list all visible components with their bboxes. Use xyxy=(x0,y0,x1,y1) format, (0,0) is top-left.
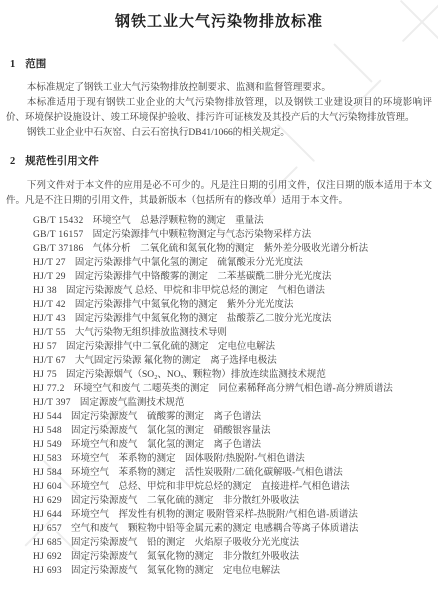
reference-code: HJ 693 xyxy=(33,564,62,578)
reference-code: HJ/T 397 xyxy=(33,396,71,410)
reference-title: 大气污染物无组织排放监测技术导则 xyxy=(75,328,227,338)
section-title: 规范性引用文件 xyxy=(25,156,99,167)
reference-item: HJ 657空气和废气 颗粒物中铅等金属元素的测定 电感耦合等离子体质谱法 xyxy=(33,522,432,536)
reference-code: HJ/T 55 xyxy=(33,326,66,340)
reference-item: HJ 548固定污染源废气 氯化氢的测定 硝酸银容量法 xyxy=(33,424,432,438)
reference-title: 环境空气 苯系物的测定 活性炭吸附/二硫化碳解吸-气相色谱法 xyxy=(71,468,343,478)
reference-code: HJ 544 xyxy=(33,410,62,424)
reference-code: HJ 644 xyxy=(33,508,62,522)
reference-item: HJ 544固定污染源废气 硫酸雾的测定 离子色谱法 xyxy=(33,410,432,424)
reference-item: HJ 549环境空气和废气 氯化氢的测定 离子色谱法 xyxy=(33,438,432,452)
reference-item: HJ 38固定污染源废气 总烃、甲烷和非甲烷总烃的测定 气相色谱法 xyxy=(33,284,432,298)
reference-code: HJ 657 xyxy=(33,522,62,536)
reference-code: HJ 583 xyxy=(33,452,62,466)
scope-paragraphs: 本标准规定了钢铁工业大气污染物排放控制要求、监测和监督管理要求。本标准适用于现有… xyxy=(6,81,432,141)
reference-item: HJ/T 397固定源废气监测技术规范 xyxy=(33,396,432,410)
reference-item: HJ 583环境空气 苯系物的测定 固体吸附/热脱附-气相色谱法 xyxy=(33,452,432,466)
reference-item: HJ 692固定污染源废气 氮氧化物的测定 非分散红外吸收法 xyxy=(33,550,432,564)
reference-item: HJ 685固定污染源废气 铅的测定 火焰原子吸收分光光度法 xyxy=(33,536,432,550)
paragraph: 本标准规定了钢铁工业大气污染物排放控制要求、监测和监督管理要求。 xyxy=(6,81,432,96)
document-content: 钢铁工业大气污染物排放标准 1范围 本标准规定了钢铁工业大气污染物排放控制要求、… xyxy=(6,12,432,578)
reference-item: HJ/T 42固定污染源排气中氮氧化物的测定 紫外分光光度法 xyxy=(33,298,432,312)
reference-title: 固定污染源废气 氯化氢的测定 硝酸银容量法 xyxy=(71,426,271,436)
reference-code: HJ/T 29 xyxy=(33,270,66,284)
reference-title: 固定污染源废气 二氧化硫的测定 非分散红外吸收法 xyxy=(71,496,299,506)
reference-title: 气体分析 二氧化硫和氮氧化物的测定 紫外差分吸收光谱分析法 xyxy=(93,244,369,254)
reference-code: HJ/T 67 xyxy=(33,354,66,368)
reference-title: 环境空气和废气 二噁英类的测定 同位素稀释高分辨气相色谱-高分辨质谱法 xyxy=(74,384,393,394)
reference-item: GB/T 16157固定污染源排气中颗粒物测定与气态污染物采样方法 xyxy=(33,228,432,242)
reference-item: HJ/T 43固定污染源排气中氮氧化物的测定 盐酸萘乙二胺分光光度法 xyxy=(33,312,432,326)
reference-code: HJ 584 xyxy=(33,466,62,480)
reference-code: HJ 692 xyxy=(33,550,62,564)
section-scope-heading: 1范围 xyxy=(10,58,432,72)
reference-list: GB/T 15432环境空气 总悬浮颗粒物的测定 重量法 GB/T 16157固… xyxy=(6,214,432,578)
reference-title: 环境空气 苯系物的测定 固体吸附/热脱附-气相色谱法 xyxy=(71,454,305,464)
reference-item: HJ 629固定污染源废气 二氧化硫的测定 非分散红外吸收法 xyxy=(33,494,432,508)
reference-title: 固定污染源废气 氮氧化物的测定 非分散红外吸收法 xyxy=(71,552,299,562)
reference-title: 固定污染源排气中颗粒物测定与气态污染物采样方法 xyxy=(93,230,312,240)
reference-code: GB/T 15432 xyxy=(33,214,84,228)
reference-code: GB/T 37186 xyxy=(33,242,84,256)
section-number: 1 xyxy=(10,58,15,72)
reference-item: GB/T 15432环境空气 总悬浮颗粒物的测定 重量法 xyxy=(33,214,432,228)
paragraph: 本标准适用于现有钢铁工业企业的大气污染物排放管理，以及钢铁工业建设项目的环境影响… xyxy=(6,96,432,126)
reference-item: GB/T 37186气体分析 二氧化硫和氮氧化物的测定 紫外差分吸收光谱分析法 xyxy=(33,242,432,256)
reference-code: HJ 629 xyxy=(33,494,62,508)
reference-code: HJ 548 xyxy=(33,424,62,438)
reference-code: HJ 38 xyxy=(33,284,57,298)
reference-title: 环境空气 总烃、甲烷和非甲烷总烃的测定 直接进样-气相色谱法 xyxy=(71,482,350,492)
reference-title: 固定污染源烟气（SO₂、NOₓ、颗粒物）排放连续监测技术规范 xyxy=(66,370,326,380)
reference-title: 固定污染源排气中二氧化硫的测定 定电位电解法 xyxy=(66,342,275,352)
reference-title: 固定污染源排气中铬酸雾的测定 二苯基碳酰二肼分光光度法 xyxy=(75,272,332,282)
reference-title: 环境空气和废气 氯化氢的测定 离子色谱法 xyxy=(71,440,261,450)
reference-code: HJ/T 42 xyxy=(33,298,66,312)
references-intro: 下列文件对于本文件的应用是必不可少的。凡是注日期的引用文件，仅注日期的版本适用于… xyxy=(6,179,432,209)
section-references: 2规范性引用文件 下列文件对于本文件的应用是必不可少的。凡是注日期的引用文件，仅… xyxy=(6,155,432,578)
reference-title: 固定污染源废气 铅的测定 火焰原子吸收分光光度法 xyxy=(71,538,299,548)
reference-code: GB/T 16157 xyxy=(33,228,84,242)
reference-title: 空气和废气 颗粒物中铅等金属元素的测定 电感耦合等离子体质谱法 xyxy=(71,524,358,534)
section-references-heading: 2规范性引用文件 xyxy=(10,155,432,169)
section-title: 范围 xyxy=(25,59,46,70)
section-number: 2 xyxy=(10,155,15,169)
reference-item: HJ 693固定污染源废气 氮氧化物的测定 定电位电解法 xyxy=(33,564,432,578)
document-title: 钢铁工业大气污染物排放标准 xyxy=(6,12,432,32)
reference-item: HJ 604环境空气 总烃、甲烷和非甲烷总烃的测定 直接进样-气相色谱法 xyxy=(33,480,432,494)
section-scope: 1范围 本标准规定了钢铁工业大气污染物排放控制要求、监测和监督管理要求。本标准适… xyxy=(6,58,432,141)
reference-title: 环境空气 挥发性有机物的测定 吸附管采样-热脱附/气相色谱-质谱法 xyxy=(71,510,358,520)
reference-title: 环境空气 总悬浮颗粒物的测定 重量法 xyxy=(93,216,264,226)
reference-code: HJ 685 xyxy=(33,536,62,550)
reference-item: HJ/T 27固定污染源排气中氯化氢的测定 硫氰酸汞分光光度法 xyxy=(33,256,432,270)
paragraph: 钢铁工业企业中石灰窑、白云石窑执行DB41/1066的相关规定。 xyxy=(6,126,432,141)
reference-code: HJ/T 43 xyxy=(33,312,66,326)
reference-title: 固定污染源排气中氮氧化物的测定 盐酸萘乙二胺分光光度法 xyxy=(75,314,332,324)
reference-item: HJ/T 29固定污染源排气中铬酸雾的测定 二苯基碳酰二肼分光光度法 xyxy=(33,270,432,284)
reference-title: 大气固定污染源 氟化物的测定 离子选择电极法 xyxy=(75,356,277,366)
reference-title: 固定污染源排气中氮氧化物的测定 紫外分光光度法 xyxy=(75,300,294,310)
reference-title: 固定污染源排气中氯化氢的测定 硫氰酸汞分光光度法 xyxy=(75,258,303,268)
reference-code: HJ/T 27 xyxy=(33,256,66,270)
reference-title: 固定污染源废气 氮氧化物的测定 定电位电解法 xyxy=(71,566,280,576)
reference-title: 固定源废气监测技术规范 xyxy=(80,398,185,408)
document-page: 钢铁工业大气污染物排放标准 1范围 本标准规定了钢铁工业大气污染物排放控制要求、… xyxy=(0,0,438,590)
reference-item: HJ/T 67大气固定污染源 氟化物的测定 离子选择电极法 xyxy=(33,354,432,368)
reference-item: HJ 75固定污染源烟气（SO₂、NOₓ、颗粒物）排放连续监测技术规范 xyxy=(33,368,432,382)
reference-title: 固定污染源废气 硫酸雾的测定 离子色谱法 xyxy=(71,412,261,422)
reference-code: HJ 75 xyxy=(33,368,57,382)
reference-item: HJ 584环境空气 苯系物的测定 活性炭吸附/二硫化碳解吸-气相色谱法 xyxy=(33,466,432,480)
reference-title: 固定污染源废气 总烃、甲烷和非甲烷总烃的测定 气相色谱法 xyxy=(66,286,325,296)
reference-code: HJ 77.2 xyxy=(33,382,65,396)
reference-item: HJ/T 55大气污染物无组织排放监测技术导则 xyxy=(33,326,432,340)
reference-code: HJ 549 xyxy=(33,438,62,452)
reference-item: HJ 644环境空气 挥发性有机物的测定 吸附管采样-热脱附/气相色谱-质谱法 xyxy=(33,508,432,522)
reference-item: HJ 77.2环境空气和废气 二噁英类的测定 同位素稀释高分辨气相色谱-高分辨质… xyxy=(33,382,432,396)
reference-code: HJ 604 xyxy=(33,480,62,494)
reference-item: HJ 57固定污染源排气中二氧化硫的测定 定电位电解法 xyxy=(33,340,432,354)
reference-code: HJ 57 xyxy=(33,340,57,354)
